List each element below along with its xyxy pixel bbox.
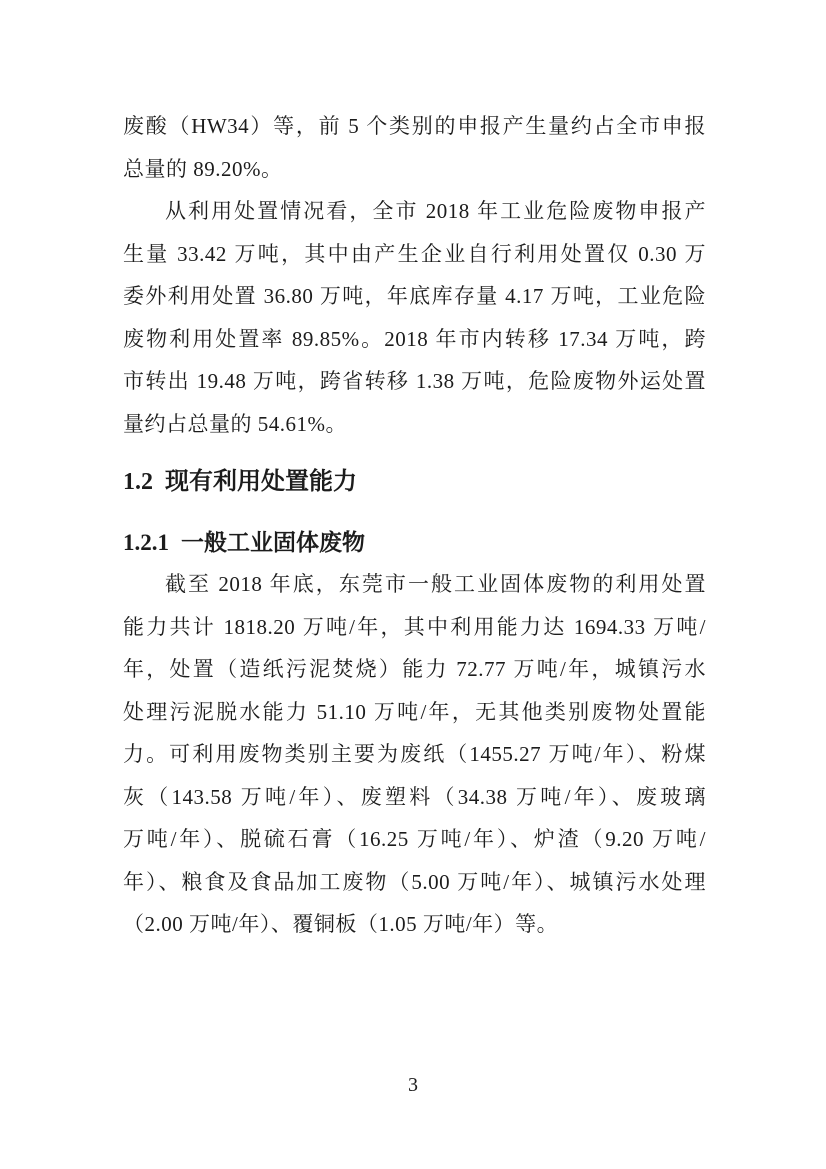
- text-line: 年，处置（造纸污泥焚烧）能力 72.77 万吨/年，城镇污水: [123, 648, 706, 691]
- heading-text: 一般工业固体废物: [181, 529, 365, 555]
- text-line: 量约占总量的 54.61%。: [123, 403, 706, 446]
- text-body: 废酸（HW34）等，前 5 个类别的申报产生量约占全市申报 总量的 89.20%…: [123, 105, 706, 946]
- heading-text: 现有利用处置能力: [165, 468, 357, 495]
- page-number: 3: [0, 1072, 826, 1098]
- subsection-heading-1-2-1: 1.2.1一般工业固体废物: [123, 521, 706, 564]
- text-line: 生量 33.42 万吨，其中由产生企业自行利用处置仅 0.30 万吨，: [123, 233, 706, 276]
- text-line: 总量的 89.20%。: [123, 148, 706, 191]
- text-line: 力。可利用废物类别主要为废纸（1455.27 万吨/年）、粉煤: [123, 733, 706, 776]
- text-line: 废酸（HW34）等，前 5 个类别的申报产生量约占全市申报: [123, 105, 706, 148]
- paragraph-continuation: 废酸（HW34）等，前 5 个类别的申报产生量约占全市申报 总量的 89.20%…: [123, 105, 706, 190]
- text-line: 处理污泥脱水能力 51.10 万吨/年，无其他类别废物处置能: [123, 691, 706, 734]
- section-heading-1-2: 1.2现有利用处置能力: [123, 461, 706, 504]
- document-page: 废酸（HW34）等，前 5 个类别的申报产生量约占全市申报 总量的 89.20%…: [0, 0, 826, 1169]
- text-line: 市转出 19.48 万吨，跨省转移 1.38 万吨，危险废物外运处置: [123, 360, 706, 403]
- text-line: 年）、粮食及食品加工废物（5.00 万吨/年）、城镇污水处理: [123, 861, 706, 904]
- text-line: 废物利用处置率 89.85%。2018 年市内转移 17.34 万吨，跨: [123, 318, 706, 361]
- heading-number: 1.2: [123, 469, 153, 495]
- text-line: （2.00 万吨/年）、覆铜板（1.05 万吨/年）等。: [123, 903, 706, 946]
- paragraph-utilization-overview: 从利用处置情况看，全市 2018 年工业危险废物申报产 生量 33.42 万吨，…: [123, 190, 706, 445]
- paragraph-solid-waste-capacity: 截至 2018 年底，东莞市一般工业固体废物的利用处置 能力共计 1818.20…: [123, 563, 706, 946]
- text-line: 灰（143.58 万吨/年）、废塑料（34.38 万吨/年）、废玻璃（27.30: [123, 776, 706, 819]
- text-line: 委外利用处置 36.80 万吨，年底库存量 4.17 万吨，工业危险: [123, 275, 706, 318]
- text-line: 能力共计 1818.20 万吨/年，其中利用能力达 1694.33 万吨/: [123, 606, 706, 649]
- text-line: 截至 2018 年底，东莞市一般工业固体废物的利用处置: [123, 563, 706, 606]
- text-line: 从利用处置情况看，全市 2018 年工业危险废物申报产: [123, 190, 706, 233]
- heading-number: 1.2.1: [123, 530, 169, 555]
- text-line: 万吨/年）、脱硫石膏（16.25 万吨/年）、炉渣（9.20 万吨/: [123, 818, 706, 861]
